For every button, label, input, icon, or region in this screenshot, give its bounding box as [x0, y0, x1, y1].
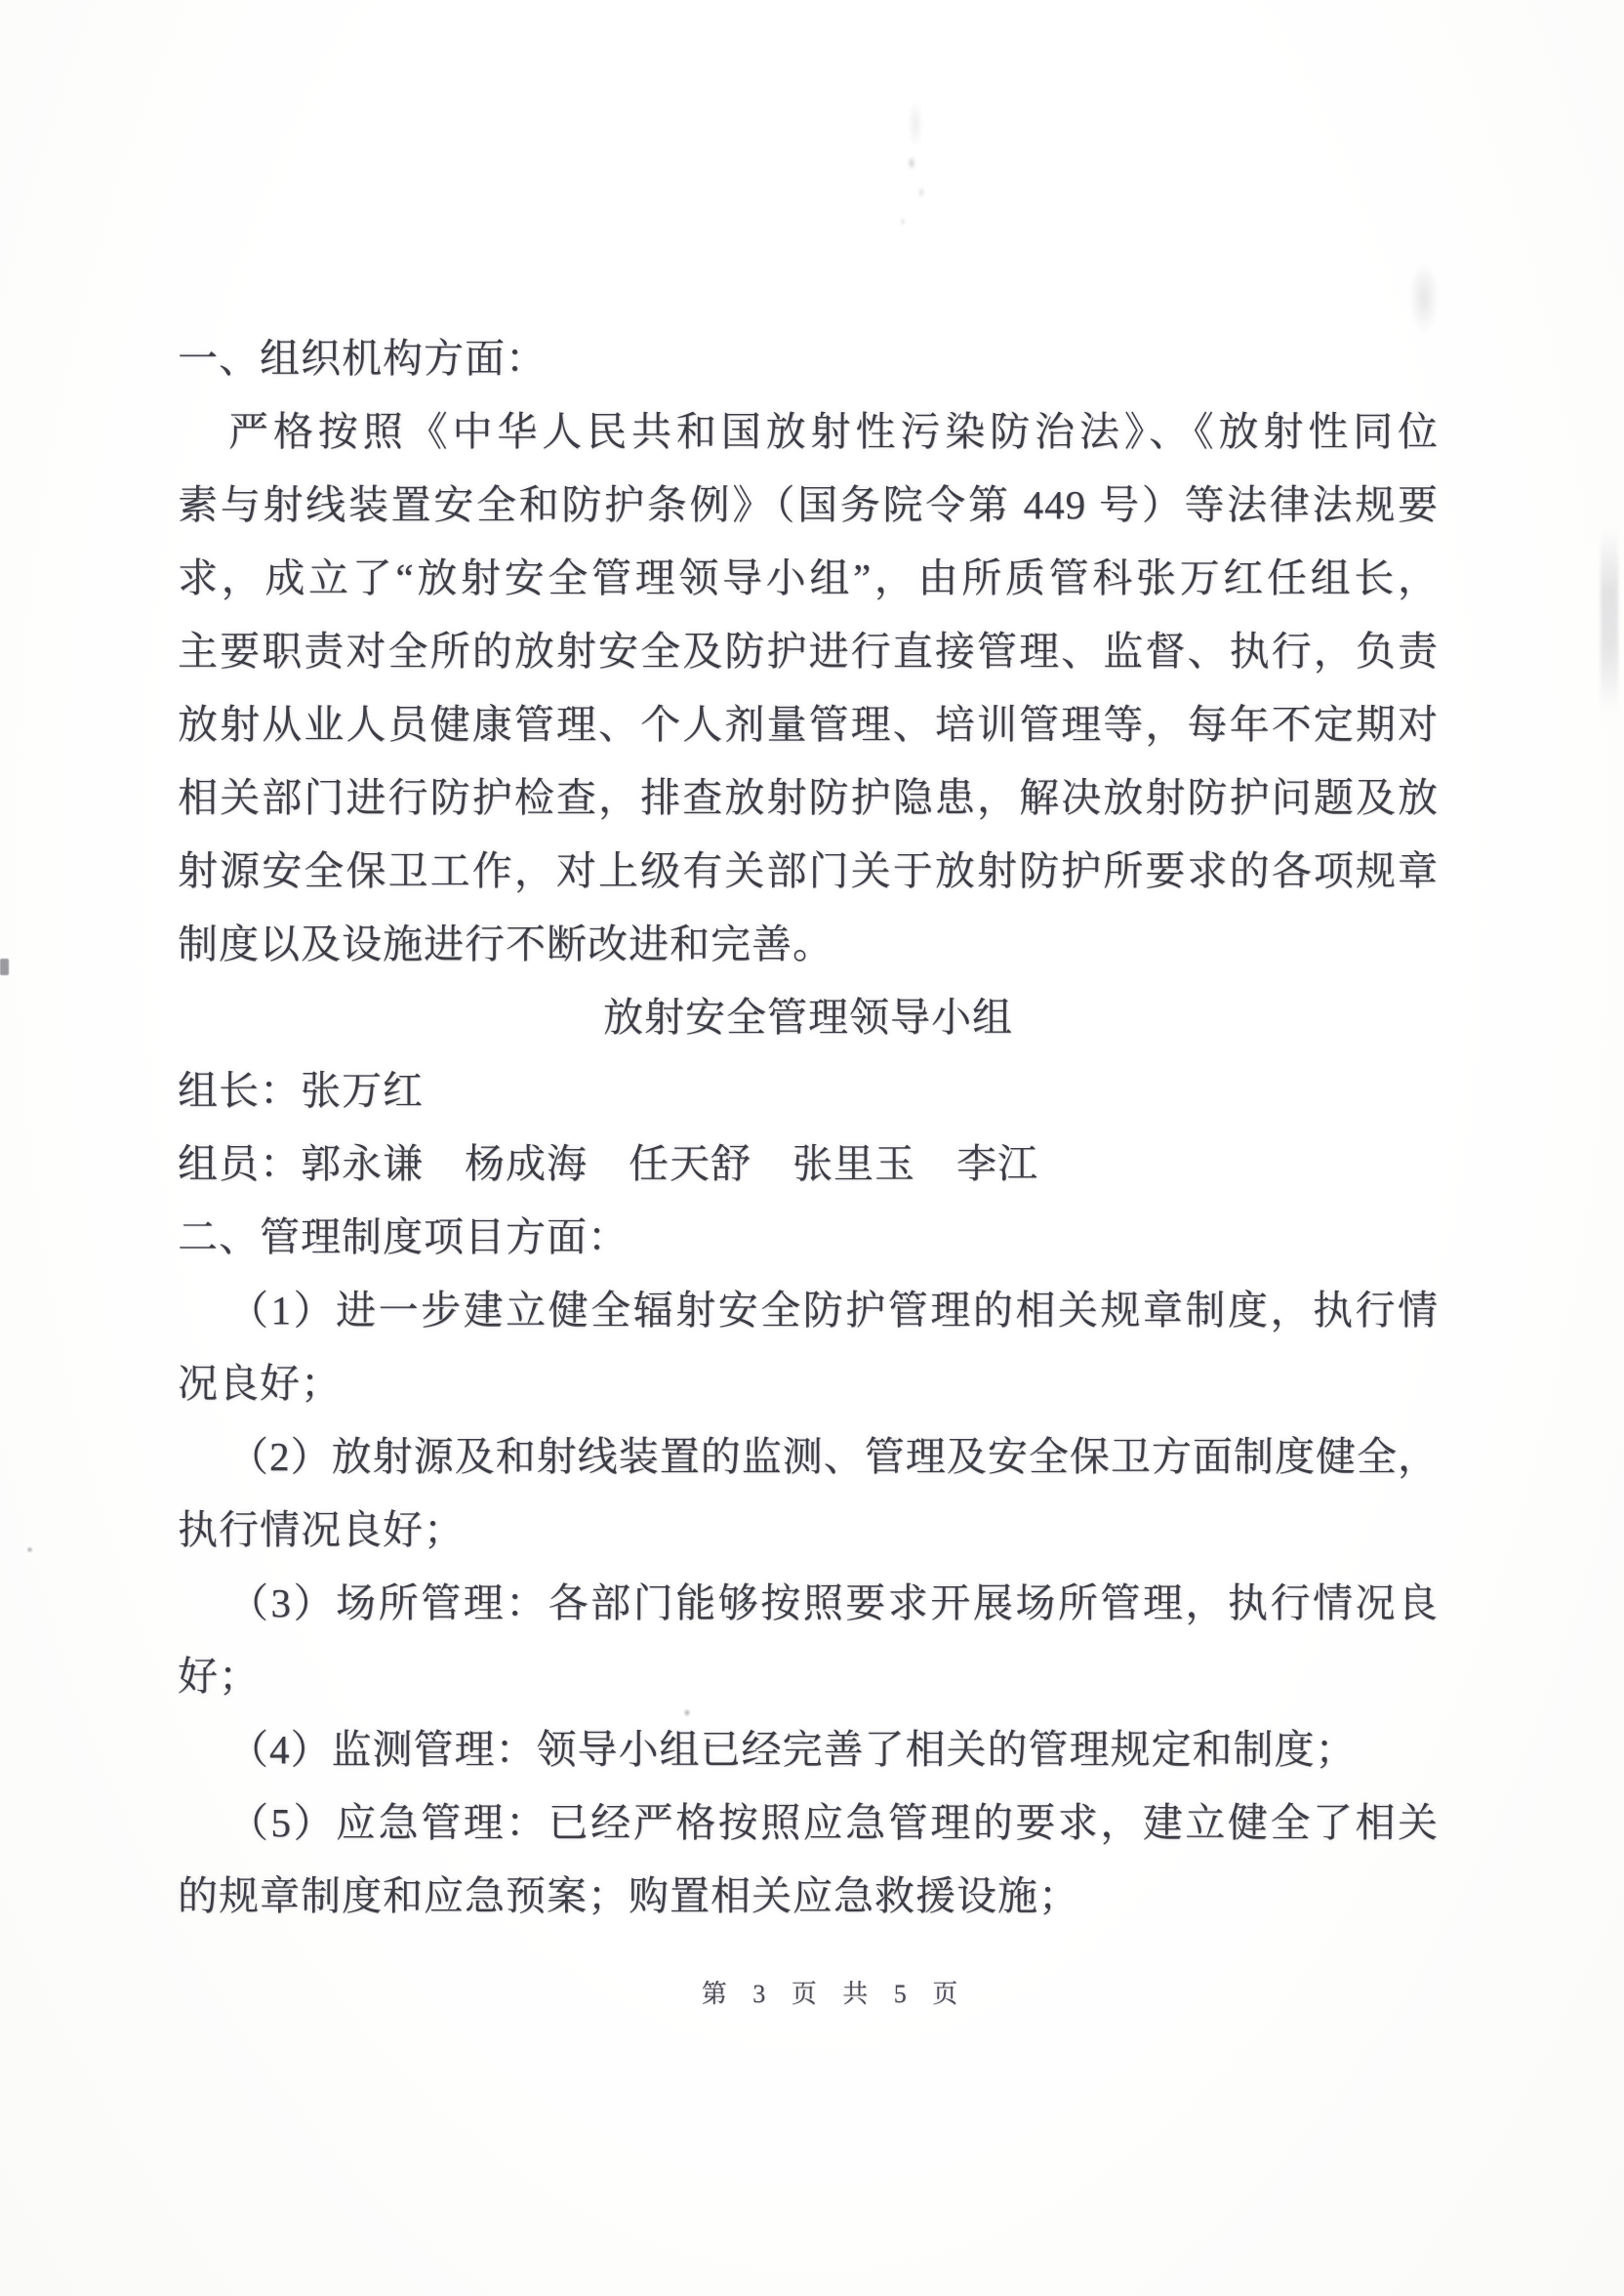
- scan-mark: [0, 959, 9, 975]
- document-body: 一、组织机构方面：严格按照《中华人民共和国放射性污染防治法》、《放射性同位素与射…: [178, 322, 1439, 1933]
- text-line: 严格按照《中华人民共和国放射性污染防治法》、《放射性同位: [178, 395, 1439, 469]
- text-line: 的规章制度和应急预案；购置相关应急救援设施；: [178, 1860, 1439, 1933]
- text-line: （1）进一步建立健全辐射安全防护管理的相关规章制度，执行情: [178, 1274, 1439, 1347]
- text-line: 放射从业人员健康管理、个人剂量管理、培训管理等，每年不定期对: [178, 688, 1439, 761]
- text-line: 二、管理制度项目方面：: [178, 1201, 1439, 1274]
- text-line: （3）场所管理：各部门能够按照要求开展场所管理，执行情况良: [178, 1567, 1439, 1640]
- scan-streak: [1601, 527, 1618, 713]
- text-line: 制度以及设施进行不断改进和完善。: [178, 908, 1439, 981]
- text-line: 相关部门进行防护检查，排查放射防护隐患，解决放射防护问题及放: [178, 761, 1439, 835]
- text-line: （5）应急管理：已经严格按照应急管理的要求，建立健全了相关: [178, 1786, 1439, 1860]
- text-line: （2）放射源及和射线装置的监测、管理及安全保卫方面制度健全，: [178, 1420, 1439, 1494]
- page-footer: 第 3 页 共 5 页: [0, 1974, 1624, 2013]
- text-line: 主要职责对全所的放射安全及防护进行直接管理、监督、执行，负责: [178, 615, 1439, 688]
- text-line: 好；: [178, 1640, 1439, 1713]
- document-page: 一、组织机构方面：严格按照《中华人民共和国放射性污染防治法》、《放射性同位素与射…: [0, 0, 1624, 2296]
- text-line: 射源安全保卫工作，对上级有关部门关于放射防护所要求的各项规章: [178, 835, 1439, 908]
- text-line: （4）监测管理：领导小组已经完善了相关的管理规定和制度；: [178, 1713, 1439, 1786]
- text-line: 放射安全管理领导小组: [178, 981, 1439, 1054]
- text-line: 求，成立了“放射安全管理领导小组”，由所质管科张万红任组长，: [178, 542, 1439, 615]
- text-line: 素与射线装置安全和防护条例》（国务院令第 449 号）等法律法规要: [178, 469, 1439, 542]
- text-line: 执行情况良好；: [178, 1494, 1439, 1567]
- text-line: 组长：张万红: [178, 1054, 1439, 1127]
- text-line: 况良好；: [178, 1347, 1439, 1420]
- page-number-label: 第 3 页 共 5 页: [702, 1980, 968, 2008]
- scan-smudge: [890, 83, 937, 244]
- scan-speck: [26, 1546, 33, 1553]
- text-line: 组员：郭永谦 杨成海 任天舒 张里玉 李江: [178, 1127, 1439, 1201]
- text-line: 一、组织机构方面：: [178, 322, 1439, 395]
